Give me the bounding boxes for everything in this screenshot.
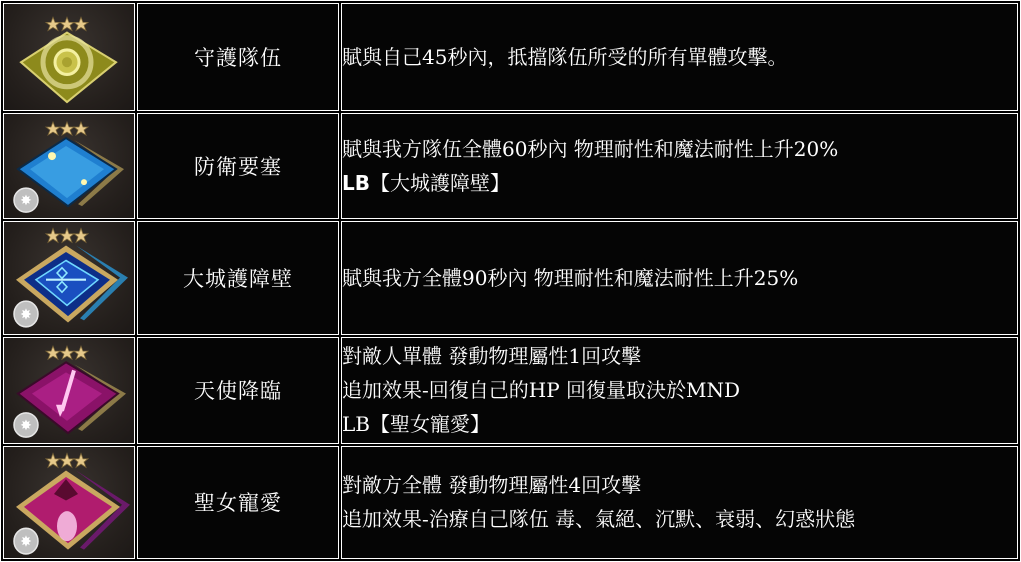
- angel-descent-icon: ✸: [4, 338, 134, 443]
- guard-party-icon: [4, 4, 134, 110]
- svg-text:✸: ✸: [20, 418, 32, 434]
- skill-description: 賦與我方全體90秒內 物理耐性和魔法耐性上升25%: [341, 221, 1018, 334]
- skill-name: 聖女寵愛: [137, 446, 339, 559]
- castle-barrier-icon: ✸: [4, 222, 134, 333]
- svg-text:✸: ✸: [20, 193, 32, 209]
- svg-text:✸: ✸: [20, 534, 32, 551]
- skill-row: ✸ 防衛要塞 賦與我方隊伍全體60秒內 物理耐性和魔法耐性上升20% LB【大城…: [3, 113, 1018, 219]
- skill-description: 對敵方全體 發動物理屬性4回攻擊 追加效果-治療自己隊伍 毒、氣絕、沉默、衰弱、…: [341, 446, 1018, 559]
- limit-break-label: LB: [342, 171, 370, 195]
- fortress-defense-icon: ✸: [4, 114, 134, 218]
- description-line: 追加效果-治療自己隊伍 毒、氣絕、沉默、衰弱、幻惑狀態: [342, 502, 1017, 536]
- description-line: 賦與自己45秒內，抵擋隊伍所受的所有單體攻擊。: [342, 40, 1017, 74]
- skill-icon-cell: ✸: [3, 337, 135, 444]
- skill-icon-cell: ✸: [3, 446, 135, 559]
- description-line: 對敵人單體 發動物理屬性1回攻擊: [342, 339, 1017, 373]
- skill-icon-cell: ✸: [3, 221, 135, 334]
- limit-break-skill: 【大城護障壁】: [370, 171, 510, 195]
- limit-break-line: LB【大城護障壁】: [342, 166, 1017, 200]
- skill-name: 守護隊伍: [137, 3, 339, 111]
- skill-name: 防衛要塞: [137, 113, 339, 219]
- description-line: 追加效果-回復自己的HP 回復量取決於MND: [342, 373, 1017, 407]
- skill-icon-cell: ✸: [3, 113, 135, 219]
- description-line: 賦與我方全體90秒內 物理耐性和魔法耐性上升25%: [342, 261, 1017, 295]
- skill-description: 賦與我方隊伍全體60秒內 物理耐性和魔法耐性上升20% LB【大城護障壁】: [341, 113, 1018, 219]
- description-line: 賦與我方隊伍全體60秒內 物理耐性和魔法耐性上升20%: [342, 132, 1017, 166]
- skill-row: ✸ 聖女寵愛 對敵方全體 發動物理屬性4回攻擊 追加效果-治療自己隊伍 毒、氣絕…: [3, 446, 1018, 559]
- limit-break-line: LB【聖女寵愛】: [342, 407, 1017, 441]
- skill-name: 天使降臨: [137, 337, 339, 444]
- skill-description: 賦與自己45秒內，抵擋隊伍所受的所有單體攻擊。: [341, 3, 1018, 111]
- skill-row: 守護隊伍 賦與自己45秒內，抵擋隊伍所受的所有單體攻擊。: [3, 3, 1018, 111]
- skill-row: ✸ 天使降臨 對敵人單體 發動物理屬性1回攻擊 追加效果-回復自己的HP 回復量…: [3, 337, 1018, 444]
- skill-name: 大城護障壁: [137, 221, 339, 334]
- skill-icon-cell: [3, 3, 135, 111]
- svg-text:✸: ✸: [20, 307, 32, 324]
- skill-table: 守護隊伍 賦與自己45秒內，抵擋隊伍所受的所有單體攻擊。: [0, 0, 1021, 562]
- saint-grace-icon: ✸: [4, 447, 134, 558]
- description-line: 對敵方全體 發動物理屬性4回攻擊: [342, 468, 1017, 502]
- skill-description: 對敵人單體 發動物理屬性1回攻擊 追加效果-回復自己的HP 回復量取決於MND …: [341, 337, 1018, 444]
- skill-row: ✸ 大城護障壁 賦與我方全體90秒內 物理耐性和魔法耐性上升25%: [3, 221, 1018, 334]
